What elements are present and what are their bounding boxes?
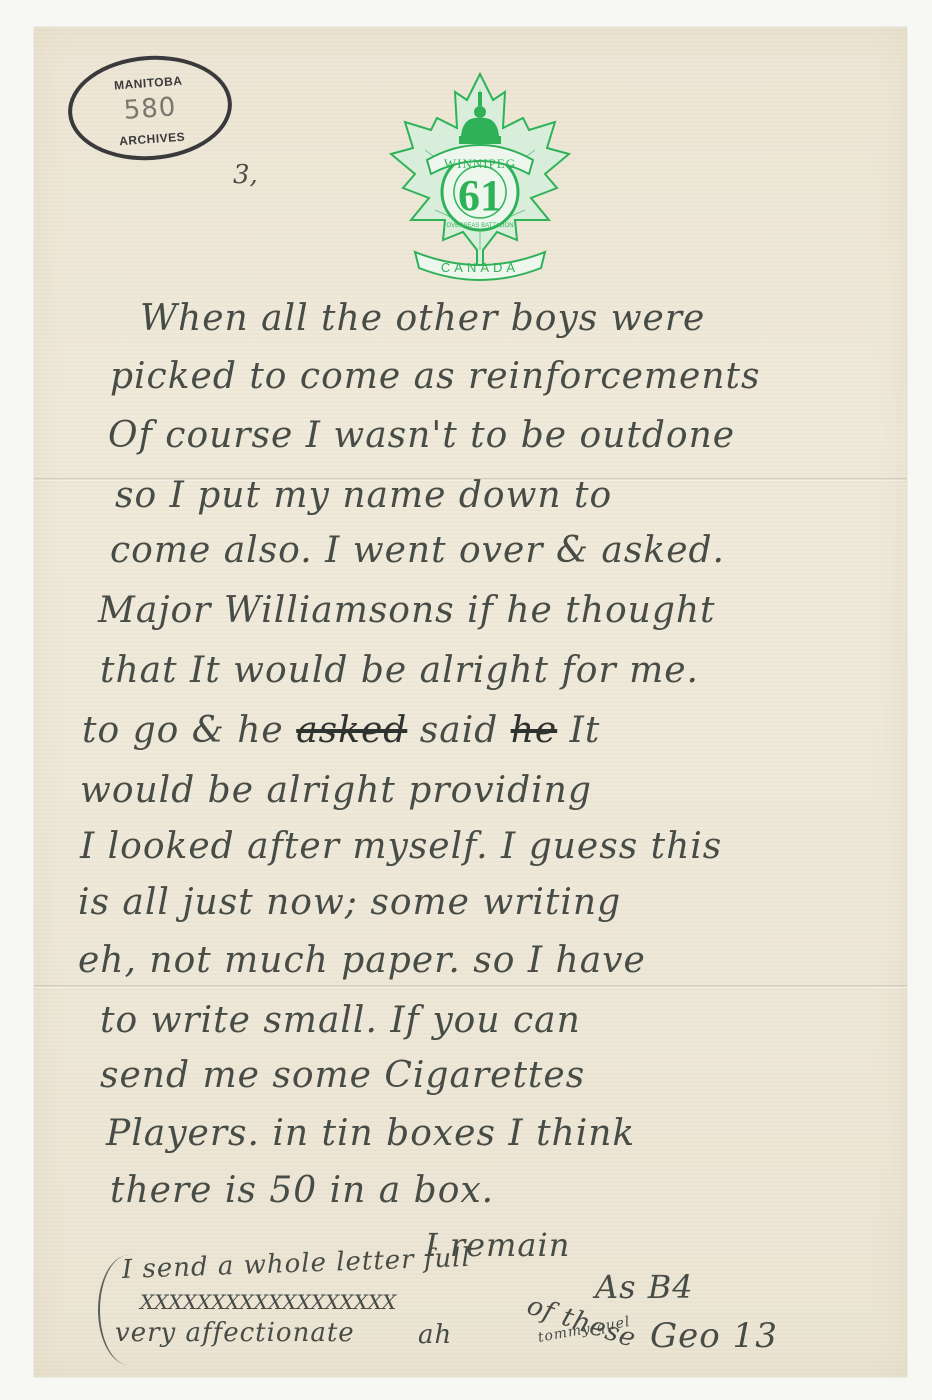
body-line: picked to come as reinforcements xyxy=(110,356,760,397)
body-line: come also. I went over & asked. xyxy=(110,530,725,571)
postscript-kisses: XXXXXXXXXXXXXXXXXX xyxy=(140,1290,396,1314)
text-fragment: to go & he xyxy=(82,710,284,751)
struck-word: asked xyxy=(296,710,407,751)
signature: Geo 13 xyxy=(650,1316,778,1356)
struck-word: he xyxy=(511,710,558,751)
postscript-ah: ah xyxy=(418,1320,452,1350)
body-line: I looked after myself. I guess this xyxy=(80,826,722,867)
postscript-line: I send a whole letter full xyxy=(121,1243,471,1285)
body-line: eh, not much paper. so I have xyxy=(78,940,646,981)
scan-background: MANITOBA 580 ARCHIVES 3, WINNIPEG 61 OVE… xyxy=(0,0,932,1400)
body-line: is all just now; some writing xyxy=(78,882,621,923)
postscript-line: very affectionate xyxy=(115,1318,355,1348)
body-line: send me some Cigarettes xyxy=(100,1055,585,1096)
body-line: that It would be alright for me. xyxy=(100,650,699,691)
body-line: to go & he asked said he It xyxy=(82,710,600,751)
body-line: Of course I wasn't to be outdone xyxy=(108,415,735,456)
body-line: Major Williamsons if he thought xyxy=(98,590,716,631)
body-line: would be alright providing xyxy=(80,770,592,811)
body-line: there is 50 in a box. xyxy=(110,1170,494,1211)
text-fragment: said xyxy=(420,710,499,751)
text-fragment: It xyxy=(570,710,601,751)
body-line: to write small. If you can xyxy=(100,1000,581,1041)
closing-as-b4: As B4 xyxy=(595,1268,694,1306)
body-line: When all the other boys were xyxy=(140,298,705,339)
body-line: Players. in tin boxes I think xyxy=(106,1113,635,1154)
letter-body: When all the other boys were picked to c… xyxy=(0,0,932,1400)
body-line: so I put my name down to xyxy=(115,475,612,516)
